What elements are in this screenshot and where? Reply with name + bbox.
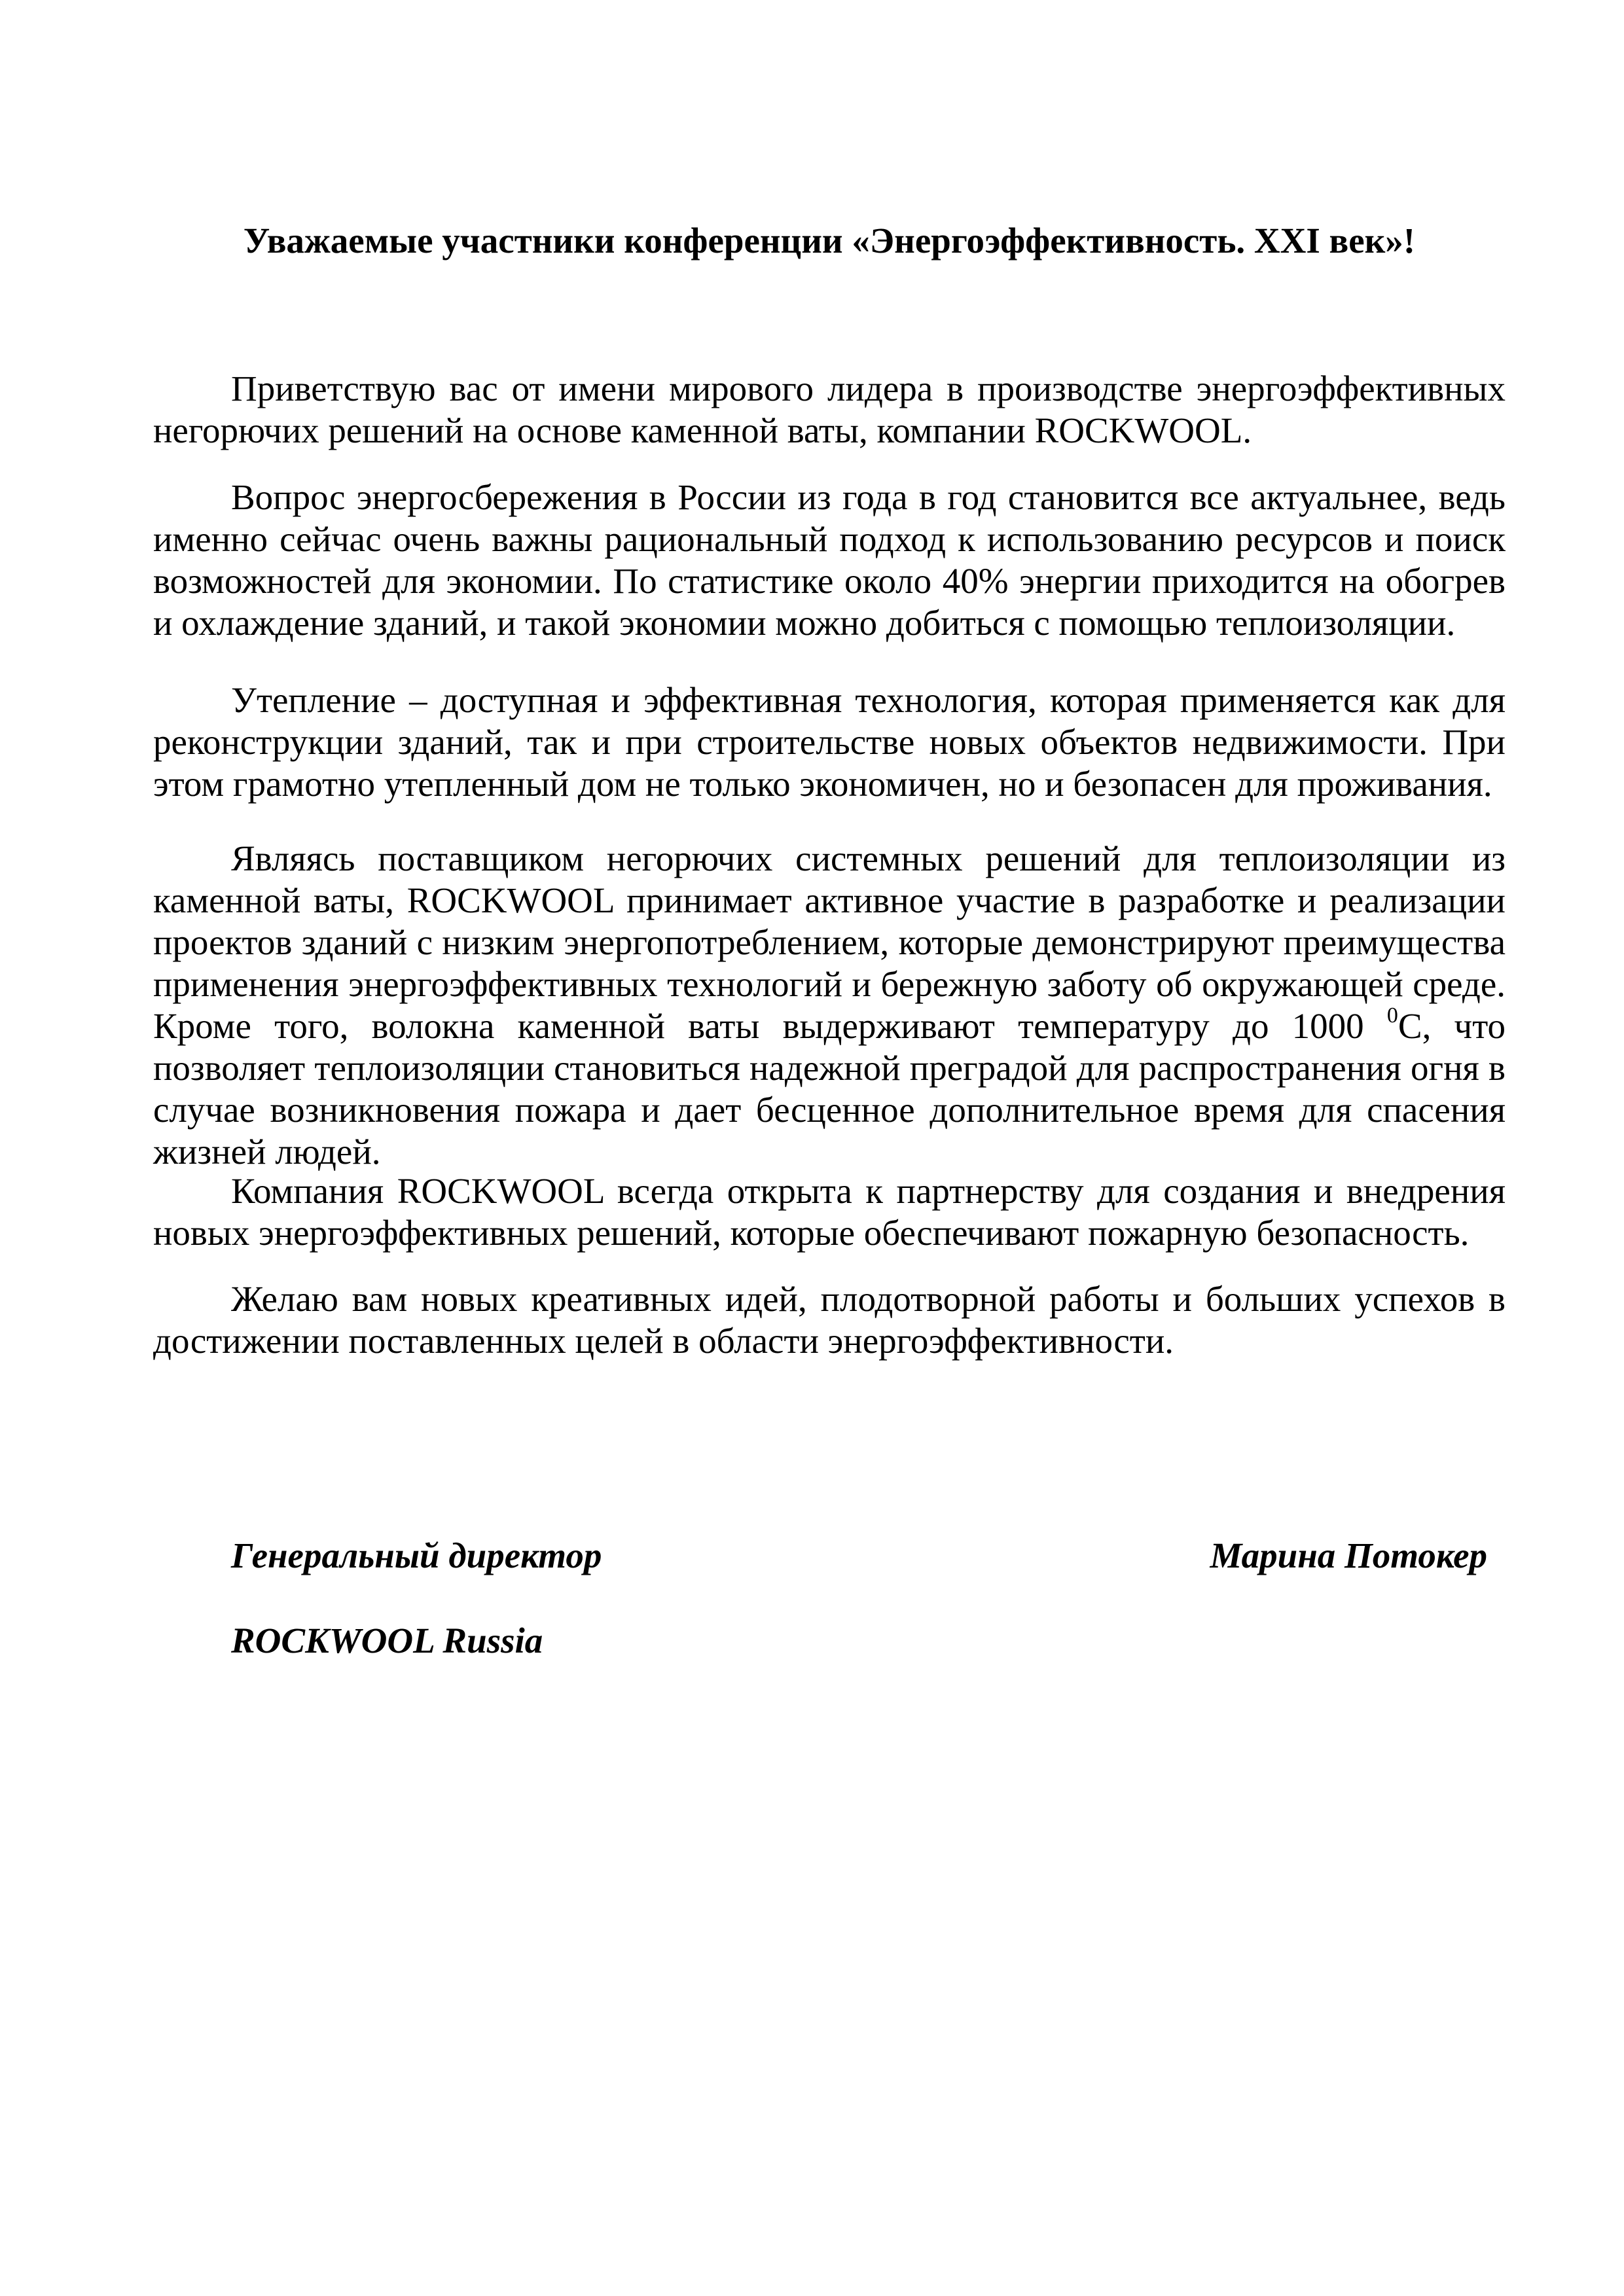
letter-title: Уважаемые участники конференции «Энергоэ…	[153, 220, 1506, 262]
paragraph-energy-saving: Вопрос энергосбережения в России из года…	[153, 476, 1506, 644]
signature-company: ROCKWOOL Russia	[231, 1620, 543, 1662]
document-page: Уважаемые участники конференции «Энергоэ…	[0, 0, 1624, 2296]
signature-name: Марина Потокер	[1210, 1535, 1487, 1577]
paragraph-rockwool-role: Являясь поставщиком негорючих системных …	[153, 838, 1506, 1173]
paragraph-partnership: Компания ROCKWOOL всегда открыта к партн…	[153, 1170, 1506, 1254]
paragraph-wishes: Желаю вам новых креативных идей, плодотв…	[153, 1278, 1506, 1362]
paragraph-rockwool-role-text-1: Являясь поставщиком негорючих системных …	[153, 838, 1506, 1046]
paragraph-greeting: Приветствую вас от имени мирового лидера…	[153, 368, 1506, 452]
signature-role: Генеральный директор	[231, 1535, 602, 1577]
paragraph-insulation: Утепление – доступная и эффективная техн…	[153, 679, 1506, 805]
degree-superscript: 0	[1387, 1003, 1398, 1028]
